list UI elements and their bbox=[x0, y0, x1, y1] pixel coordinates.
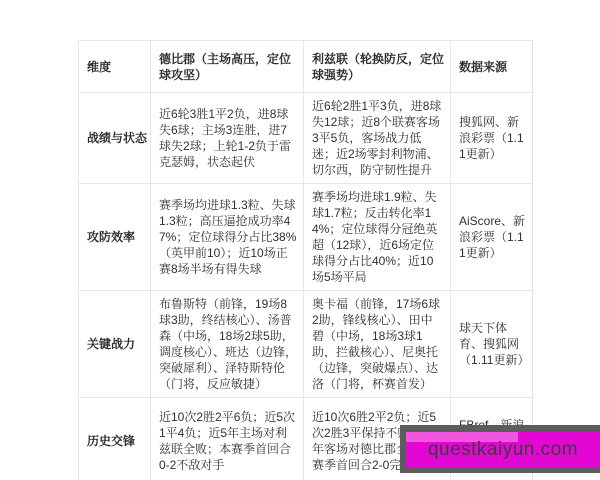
row-label: 攻防效率 bbox=[79, 184, 151, 291]
watermark-text: questkaiyun.com bbox=[428, 439, 578, 461]
header-cell-home-team: 德比郡（主场高压，定位球攻坚） bbox=[151, 41, 304, 93]
cell-away: 奥卡福（前锋，17场6球2助，锋线核心）、田中碧（中场，18场3球1助，拦截核心… bbox=[304, 291, 451, 398]
row-label: 历史交锋 bbox=[79, 398, 151, 480]
cell-source: 搜狐网、新浪彩票（1.11更新） bbox=[451, 93, 533, 184]
cell-source: 球天下体育、搜狐网（1.11更新） bbox=[451, 291, 533, 398]
cell-home: 布鲁斯特（前锋，19场8球3助，终结核心）、汤普森（中场，18场2球5助，调度核… bbox=[151, 291, 304, 398]
cell-away: 近6轮2胜1平3负，进8球失12球；近8个联赛客场3平5负，客场战力低迷；近2场… bbox=[304, 93, 451, 184]
table-row-record: 战绩与状态 近6轮3胜1平2负，进8球失6球；主场3连胜，进7球失2球；上轮1-… bbox=[79, 93, 533, 184]
header-cell-source: 数据来源 bbox=[451, 41, 533, 93]
cell-home: 赛季场均进球1.3粒、失球1.3粒；高压逼抢成功率47%；定位球得分占比38%（… bbox=[151, 184, 304, 291]
cell-home: 近10次2胜2平6负；近5次1平4负；近5年主场对利兹联全败；本赛季首回合0-2… bbox=[151, 398, 304, 480]
comparison-table: 维度 德比郡（主场高压，定位球攻坚） 利兹联（轮换防反，定位球强势） 数据来源 … bbox=[78, 40, 533, 480]
table-row-efficiency: 攻防效率 赛季场均进球1.3粒、失球1.3粒；高压逼抢成功率47%；定位球得分占… bbox=[79, 184, 533, 291]
cell-away: 赛季场均进球1.9粒、失球1.7粒；反击转化率14%；定位球得分冠绝英超（12球… bbox=[304, 184, 451, 291]
table-header-row: 维度 德比郡（主场高压，定位球攻坚） 利兹联（轮换防反，定位球强势） 数据来源 bbox=[79, 41, 533, 93]
watermark-banner[interactable]: questkaiyun.com bbox=[406, 432, 600, 468]
row-label: 关键战力 bbox=[79, 291, 151, 398]
cell-source: AiScore、新浪彩票（1.11更新） bbox=[451, 184, 533, 291]
page: 维度 德比郡（主场高压，定位球攻坚） 利兹联（轮换防反，定位球强势） 数据来源 … bbox=[0, 0, 600, 480]
header-cell-away-team: 利兹联（轮换防反，定位球强势） bbox=[304, 41, 451, 93]
row-label: 战绩与状态 bbox=[79, 93, 151, 184]
cell-home: 近6轮3胜1平2负，进8球失6球；主场3连胜，进7球失2球；上轮1-2负于雷克瑟… bbox=[151, 93, 304, 184]
table-row-key-players: 关键战力 布鲁斯特（前锋，19场8球3助，终结核心）、汤普森（中场，18场2球5… bbox=[79, 291, 533, 398]
header-cell-dimension: 维度 bbox=[79, 41, 151, 93]
